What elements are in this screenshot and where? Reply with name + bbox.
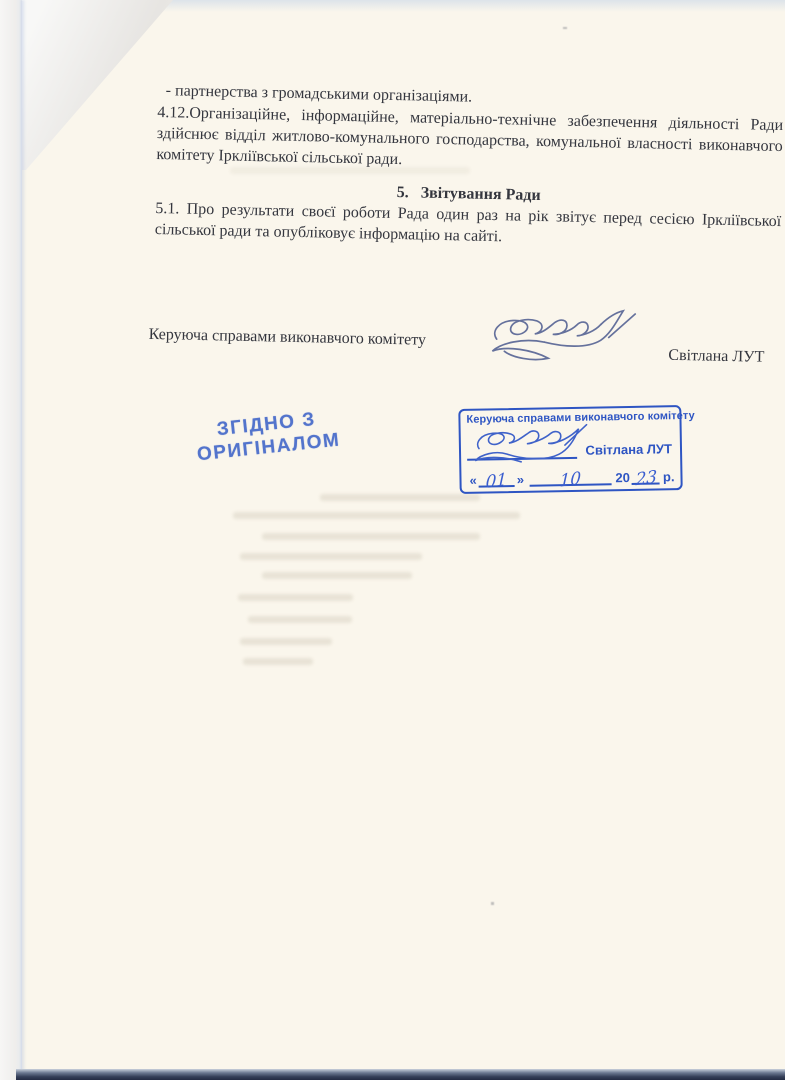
signatory-name: Світлана ЛУТ: [668, 345, 764, 368]
scan-left-margin: [0, 0, 22, 1080]
bleed-through-line: [262, 572, 412, 579]
scan-speck: [491, 902, 494, 905]
bleed-through-line: [238, 594, 353, 601]
clause-4-12: 4.12.Організаційне, інформаційне, матері…: [156, 102, 783, 178]
document-text: - партнерства з громадськими організація…: [152, 80, 784, 367]
bleed-through-line: [240, 638, 332, 645]
stamp-box-date-row: « 01 » 10 20 23 р.: [467, 466, 674, 488]
handwritten-month: 10: [560, 468, 582, 491]
bleed-through-line: [320, 494, 480, 501]
bleed-through-line: [262, 533, 480, 540]
open-quote: «: [469, 473, 476, 488]
date-month-field: 10: [530, 467, 612, 486]
certification-stamp-box: Керуюча справами виконавчого комітету Св…: [458, 405, 682, 494]
year-prefix: 20: [615, 470, 630, 485]
handwritten-signature: [469, 421, 598, 467]
scan-speck: [563, 27, 567, 29]
close-quote: »: [517, 472, 524, 487]
page-bottom-edge-shadow: [16, 1069, 785, 1080]
page-left-crease: [21, 0, 25, 1080]
handwritten-signature: [482, 305, 653, 373]
section-5-number: 5.: [397, 184, 409, 201]
stamp-box-name: Світлана ЛУТ: [585, 441, 672, 458]
bleed-through-line: [248, 616, 352, 623]
bleed-through-line: [243, 658, 313, 665]
date-year-field: 23: [632, 466, 660, 484]
stamp-box-signature-row: Світлана ЛУТ: [467, 423, 675, 461]
signature-line: [467, 423, 578, 461]
signatory-title: Керуюча справами виконавчого комітету: [148, 324, 426, 351]
handwritten-year: 23: [635, 467, 657, 490]
bleed-through-line: [240, 553, 422, 560]
date-day-field: 01: [479, 469, 515, 488]
section-5-title: Звітування Ради: [421, 185, 541, 205]
handwritten-day: 01: [486, 470, 508, 493]
year-unit: р.: [663, 469, 675, 484]
bleed-through-line: [233, 512, 520, 519]
